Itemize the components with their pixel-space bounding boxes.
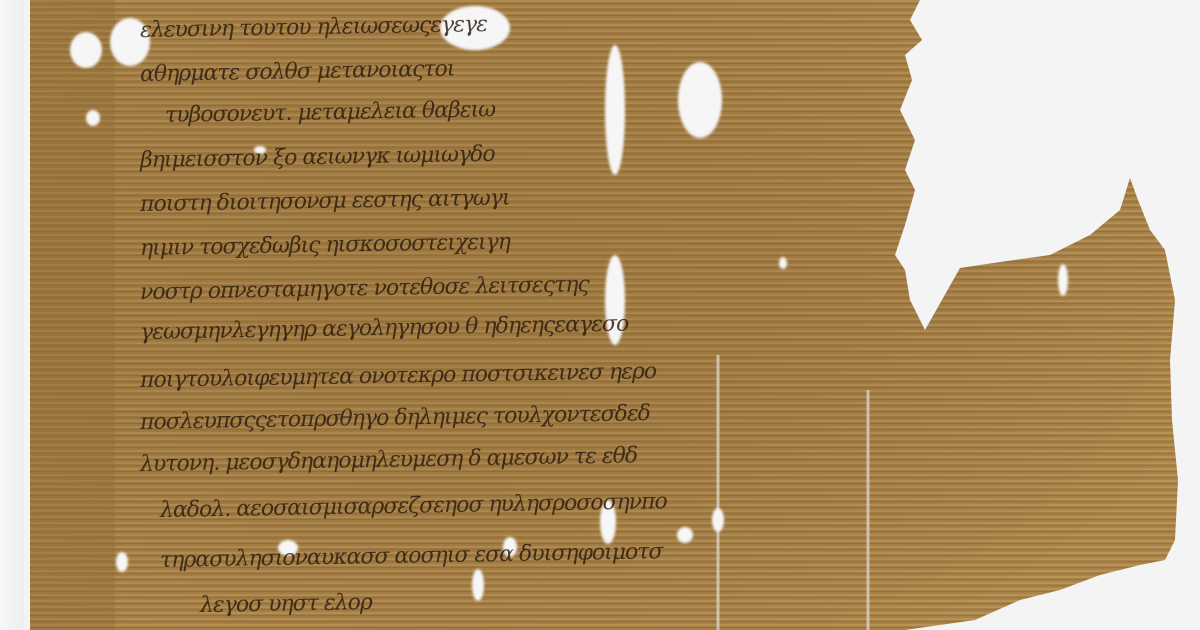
- script-line: λεγοσ υηστ ελορ: [200, 590, 372, 618]
- hole: [1058, 264, 1068, 296]
- hole: [472, 569, 484, 601]
- hole: [678, 62, 722, 138]
- hole: [605, 45, 625, 175]
- photo-stage: ελευσινη τουτου ηλειωσεωςεγεγεαθηρματε σ…: [0, 0, 1200, 630]
- hole: [779, 257, 787, 269]
- margin-band: [30, 0, 115, 630]
- hole: [116, 552, 128, 572]
- hole: [712, 508, 724, 532]
- hole: [86, 110, 100, 126]
- hole: [70, 32, 102, 68]
- hole: [677, 527, 693, 543]
